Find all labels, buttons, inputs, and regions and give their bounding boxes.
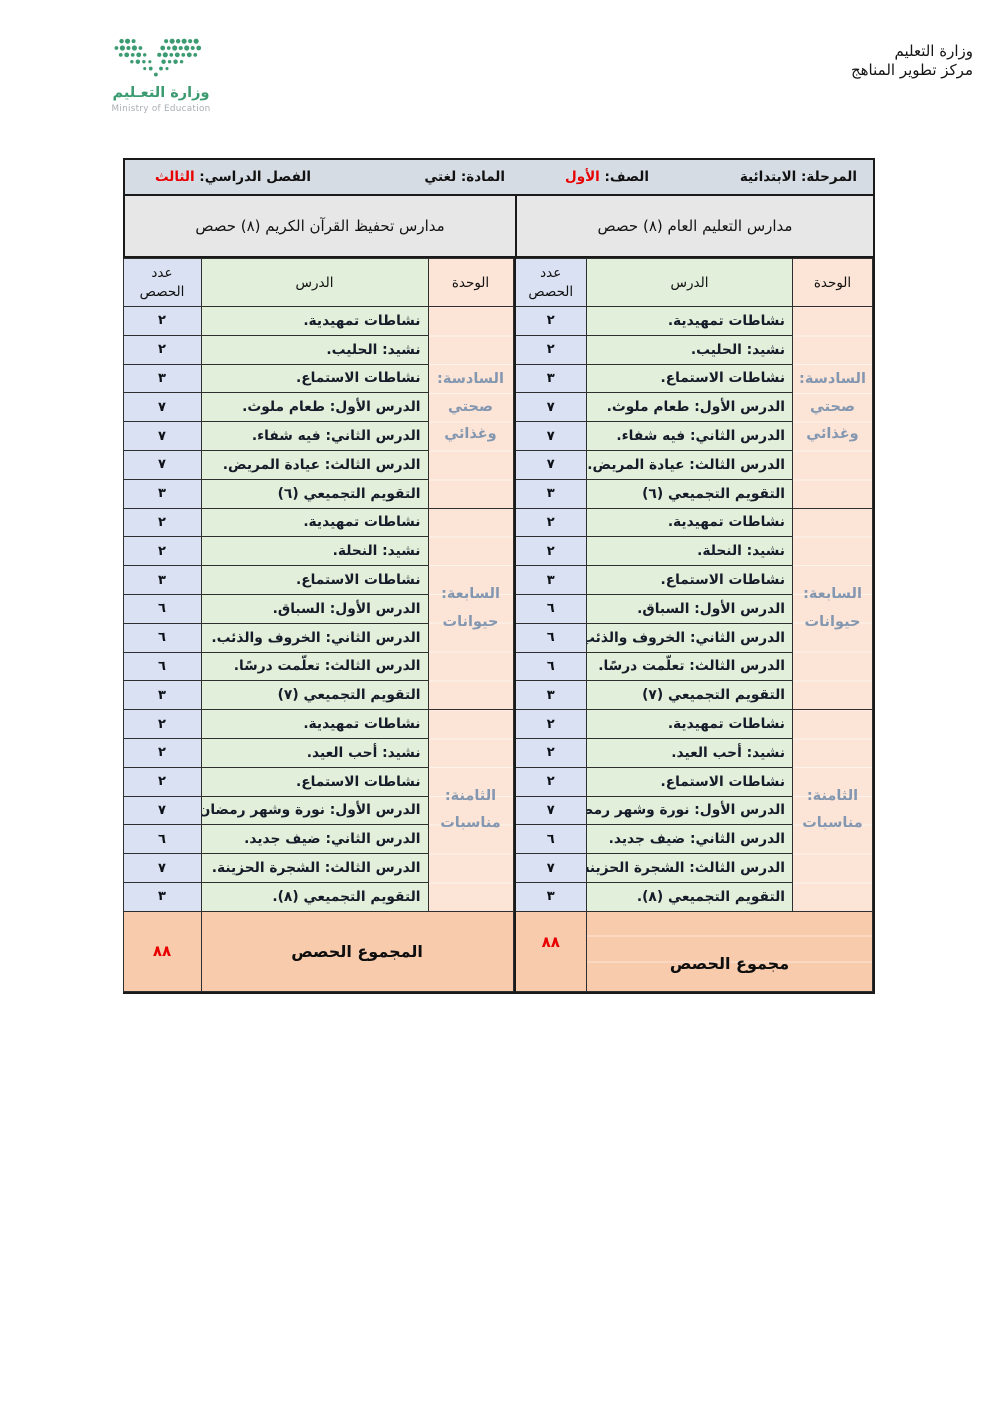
ministry-logo: وزارة التعـليم Ministry of Education: [103, 36, 219, 114]
column-header-row: الوحدة الدرس عدد الحصص: [123, 259, 513, 307]
info-bar: المرحلة: الابتدائية الصف: الأول المادة: …: [125, 160, 873, 196]
count-header-line2: الحصص: [124, 283, 201, 301]
lesson-count: ٢: [123, 710, 201, 739]
unit-name-line: السادسة:: [433, 366, 509, 394]
lesson-count: ٧: [123, 854, 201, 883]
lesson-row: الثامنة:مناسباتنشاطات تمهيدية.٢: [123, 710, 513, 739]
unit-name-line: حيوانات: [797, 609, 868, 637]
lesson-count: ٣: [123, 364, 201, 393]
ministry-note-line2: مركز تطوير المناهج: [743, 61, 973, 80]
unit-cell: السادسة:صحتيوغذائي: [428, 307, 513, 509]
lesson-title: نشيد: النحلة.: [587, 537, 793, 566]
lesson-title: الدرس الأول: السباق.: [587, 594, 793, 623]
total-label: المجموع الحصص: [201, 911, 513, 991]
general-schools-table: الوحدة الدرس عدد الحصص السادسة:صحتيوغذائ…: [514, 258, 874, 992]
total-row: المجموع الحصص٨٨: [123, 911, 513, 991]
lesson-title: نشيد: النحلة.: [201, 537, 428, 566]
lesson-count: ٧: [123, 450, 201, 479]
count-header-line1: عدد: [124, 264, 201, 282]
lesson-title: الدرس الأول: السباق.: [201, 594, 428, 623]
lesson-row: السابعة:حيواناتنشاطات تمهيدية.٢: [123, 508, 513, 537]
lesson-title: الدرس الثاني: ضيف جديد.: [587, 825, 793, 854]
lesson-title: التقويم التجميعي (٦): [587, 479, 793, 508]
lesson-title: نشاطات تمهيدية.: [201, 710, 428, 739]
lesson-count: ٣: [123, 882, 201, 911]
total-row: مجموع الحصص٨٨: [515, 911, 873, 991]
lesson-count: ٢: [515, 767, 587, 796]
lesson-title: التقويم التجميعي (٧): [201, 681, 428, 710]
lesson-title: الدرس الأول: نورة وشهر رمضان.: [201, 796, 428, 825]
lesson-title: الدرس الأول: طعام ملوث.: [201, 393, 428, 422]
lesson-row: السادسة:صحتيوغذائينشاطات تمهيدية.٢: [515, 307, 873, 336]
curriculum-sheet: المرحلة: الابتدائية الصف: الأول المادة: …: [123, 158, 875, 994]
lesson-count: ٣: [515, 681, 587, 710]
lesson-title: الدرس الثالث: تعلّمت درسًا.: [587, 652, 793, 681]
lesson-title: التقويم التجميعي (٨).: [201, 882, 428, 911]
lesson-row: السادسة:صحتيوغذائينشاطات تمهيدية.٢: [123, 307, 513, 336]
subject-field: المادة: لغتي: [424, 169, 505, 185]
tables-row: الوحدة الدرس عدد الحصص السادسة:صحتيوغذائ…: [125, 258, 873, 992]
lesson-title: نشاطات تمهيدية.: [587, 508, 793, 537]
column-header-row: الوحدة الدرس عدد الحصص: [515, 259, 873, 307]
grade-value: الأول: [565, 169, 600, 185]
logo-english-wordmark: Ministry of Education: [103, 104, 219, 114]
count-column-header: عدد الحصص: [515, 259, 587, 307]
lesson-count: ٦: [123, 652, 201, 681]
lesson-count: ٢: [123, 537, 201, 566]
lesson-title: التقويم التجميعي (٦): [201, 479, 428, 508]
stage-value: الابتدائية: [740, 169, 796, 185]
lesson-title: الدرس الثالث: عيادة المريض.: [587, 450, 793, 479]
ministry-note: وزارة التعليم مركز تطوير المناهج: [743, 42, 973, 80]
lesson-count: ٢: [515, 307, 587, 336]
semester-field: الفصل الدراسي: الثالث: [155, 169, 311, 185]
lesson-row: السابعة:حيواناتنشاطات تمهيدية.٢: [515, 508, 873, 537]
lesson-title: الدرس الثاني: فيه شفاء.: [201, 422, 428, 451]
lesson-count: ٦: [515, 652, 587, 681]
unit-name-line: السادسة:: [797, 366, 868, 394]
lesson-count: ٣: [515, 479, 587, 508]
lesson-count: ٧: [123, 422, 201, 451]
lesson-count: ٢: [123, 508, 201, 537]
lesson-title: الدرس الأول: طعام ملوث.: [587, 393, 793, 422]
unit-cell: السابعة:حيوانات: [428, 508, 513, 710]
lesson-count: ٢: [123, 767, 201, 796]
lesson-count: ٦: [515, 825, 587, 854]
lesson-title: التقويم التجميعي (٧): [587, 681, 793, 710]
subject-label: المادة:: [461, 169, 505, 185]
lesson-count: ٢: [515, 508, 587, 537]
lesson-count: ٢: [515, 738, 587, 767]
lesson-title: الدرس الثاني: ضيف جديد.: [201, 825, 428, 854]
count-header-line2: الحصص: [516, 283, 587, 301]
lesson-count: ٣: [123, 566, 201, 595]
lesson-title: نشاطات تمهيدية.: [201, 307, 428, 336]
unit-name-line: حيوانات: [433, 609, 509, 637]
unit-name-line: مناسبات: [433, 810, 509, 838]
unit-name-line: وغذائي: [797, 421, 868, 449]
lesson-count: ٦: [123, 825, 201, 854]
lesson-count: ٧: [515, 854, 587, 883]
lesson-row: الثامنة:مناسباتنشاطات تمهيدية.٢: [515, 710, 873, 739]
lesson-title: نشيد: الحليب.: [587, 335, 793, 364]
unit-cell: السادسة:صحتيوغذائي: [793, 307, 873, 509]
lesson-count: ٢: [123, 335, 201, 364]
document-page: وزارة التعـليم Ministry of Education وزا…: [0, 0, 992, 1403]
lesson-count: ٢: [515, 537, 587, 566]
stage-field: المرحلة: الابتدائية: [740, 169, 857, 185]
unit-column-header: الوحدة: [793, 259, 873, 307]
lesson-title: نشاطات الاستماع.: [587, 767, 793, 796]
lesson-title: نشاطات الاستماع.: [587, 566, 793, 595]
stage-label: المرحلة:: [801, 169, 857, 185]
lesson-count: ٢: [123, 738, 201, 767]
lesson-count: ٢: [515, 710, 587, 739]
lesson-title: نشاطات تمهيدية.: [201, 508, 428, 537]
ministry-note-line1: وزارة التعليم: [743, 42, 973, 61]
lesson-count: ٣: [515, 364, 587, 393]
semester-value: الثالث: [155, 169, 195, 185]
lesson-count: ٣: [123, 681, 201, 710]
grade-label: الصف:: [605, 169, 649, 185]
lesson-title: نشاطات الاستماع.: [201, 364, 428, 393]
lesson-count: ٣: [123, 479, 201, 508]
logo-arabic-wordmark: وزارة التعـليم: [103, 86, 219, 102]
lesson-title: نشاطات الاستماع.: [201, 566, 428, 595]
lesson-title: الدرس الثاني: فيه شفاء.: [587, 422, 793, 451]
semester-label: الفصل الدراسي:: [199, 169, 311, 185]
lesson-count: ٦: [515, 594, 587, 623]
lesson-count: ٢: [123, 307, 201, 336]
quran-schools-table: الوحدة الدرس عدد الحصص السادسة:صحتيوغذائ…: [123, 258, 514, 992]
ministry-logo-dots-icon: [109, 36, 213, 84]
lesson-title: نشيد: الحليب.: [201, 335, 428, 364]
lesson-title: الدرس الأول: نورة وشهر رمضان.: [587, 796, 793, 825]
general-schools-title: مدارس التعليم العام (٨) حصص: [515, 196, 873, 256]
unit-name-line: الثامنة:: [433, 783, 509, 811]
lesson-column-header: الدرس: [587, 259, 793, 307]
unit-cell: السابعة:حيوانات: [793, 508, 873, 710]
lesson-title: الدرس الثالث: عيادة المريض.: [201, 450, 428, 479]
lesson-count: ٣: [515, 566, 587, 595]
lesson-title: نشاطات الاستماع.: [201, 767, 428, 796]
lesson-count: ٧: [515, 796, 587, 825]
school-type-header-row: مدارس التعليم العام (٨) حصص مدارس تحفيظ …: [125, 196, 873, 258]
unit-cell: الثامنة:مناسبات: [793, 710, 873, 912]
lesson-title: نشيد: أحب العيد.: [587, 738, 793, 767]
quran-schools-title: مدارس تحفيظ القرآن الكريم (٨) حصص: [125, 196, 515, 256]
lesson-title: الدرس الثالث: الشجرة الحزينة.: [587, 854, 793, 883]
lesson-count: ٧: [123, 393, 201, 422]
lesson-title: الدرس الثالث: تعلّمت درسًا.: [201, 652, 428, 681]
lesson-count: ٦: [123, 623, 201, 652]
lesson-count: ٣: [515, 882, 587, 911]
count-header-line1: عدد: [516, 264, 587, 282]
unit-name-line: صحتي: [433, 394, 509, 422]
total-value: ٨٨: [123, 911, 201, 991]
lesson-count: ٧: [515, 393, 587, 422]
lesson-count: ٧: [515, 450, 587, 479]
lesson-title: التقويم التجميعي (٨).: [587, 882, 793, 911]
lesson-title: الدرس الثالث: الشجرة الحزينة.: [201, 854, 428, 883]
unit-name-line: الثامنة:: [797, 783, 868, 811]
unit-name-line: مناسبات: [797, 810, 868, 838]
unit-cell: الثامنة:مناسبات: [428, 710, 513, 912]
unit-column-header: الوحدة: [428, 259, 513, 307]
unit-name-line: السابعة:: [433, 581, 509, 609]
unit-name-line: السابعة:: [797, 581, 868, 609]
lesson-count: ٦: [123, 594, 201, 623]
count-column-header: عدد الحصص: [123, 259, 201, 307]
lesson-count: ٦: [515, 623, 587, 652]
total-label: مجموع الحصص: [587, 911, 873, 991]
subject-value: لغتي: [424, 169, 456, 185]
lesson-title: نشاطات الاستماع.: [587, 364, 793, 393]
lesson-title: نشاطات تمهيدية.: [587, 307, 793, 336]
unit-name-line: صحتي: [797, 394, 868, 422]
total-value: ٨٨: [515, 911, 587, 991]
grade-field: الصف: الأول: [565, 169, 649, 185]
lesson-title: نشاطات تمهيدية.: [587, 710, 793, 739]
unit-name-line: وغذائي: [433, 421, 509, 449]
lesson-title: نشيد: أحب العيد.: [201, 738, 428, 767]
lesson-title: الدرس الثاني: الخروف والذئب.: [587, 623, 793, 652]
lesson-column-header: الدرس: [201, 259, 428, 307]
lesson-count: ٧: [123, 796, 201, 825]
lesson-count: ٧: [515, 422, 587, 451]
lesson-count: ٢: [515, 335, 587, 364]
lesson-title: الدرس الثاني: الخروف والذئب.: [201, 623, 428, 652]
